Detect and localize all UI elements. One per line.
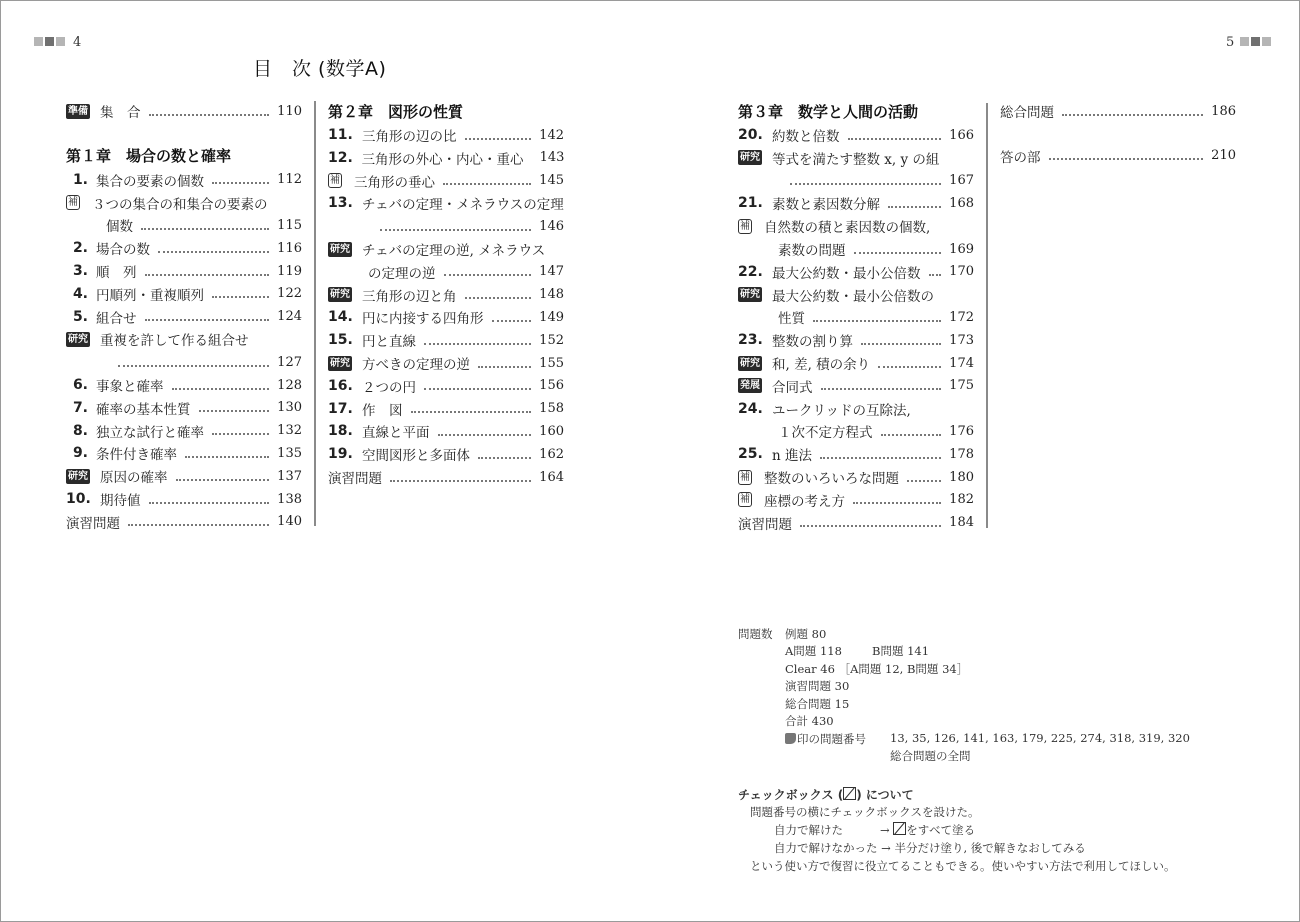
entry-label: 集 合 [100, 101, 141, 121]
entry-page: 135 [277, 446, 302, 461]
entry-label: 性質 [778, 307, 805, 327]
toc-entry[interactable]: 1.集合の要素の個数112 [66, 169, 302, 191]
dot-leader [185, 455, 269, 458]
toc-entry[interactable]: 個数115 [66, 214, 302, 236]
section-badge: 研究 [328, 242, 352, 257]
section-badge: 準備 [66, 104, 90, 119]
entry-page: 155 [539, 356, 564, 371]
entry-page: 146 [539, 219, 564, 234]
entry-label: 方べきの定理の逆 [362, 353, 470, 373]
section-badge: 研究 [738, 356, 762, 371]
entry-label: 順 列 [96, 261, 137, 281]
column-divider [314, 101, 316, 526]
dot-leader [1062, 113, 1203, 116]
toc-entry[interactable]: 研究重複を許して作る組合せ [66, 328, 302, 350]
dot-leader [465, 137, 532, 140]
page-number-left: 4 [34, 35, 81, 50]
entry-page: 168 [949, 196, 974, 211]
entry-page: 167 [949, 173, 974, 188]
entry-page: 138 [277, 492, 302, 507]
entry-label: 答の部 [1000, 146, 1041, 166]
entry-label: 三角形の辺の比 [362, 125, 457, 145]
section-badge: 研究 [328, 287, 352, 302]
toc-entry[interactable]: 素数の問題169 [738, 238, 974, 260]
entry-number: 3. [66, 263, 88, 279]
entry-label: 空間図形と多面体 [362, 444, 470, 464]
toc-entry[interactable]: 15.円と直線152 [328, 329, 564, 351]
entry-label: 最大公約数・最小公倍数の [772, 285, 934, 305]
toc-entry[interactable]: 総合問題186 [1000, 100, 1236, 122]
section-badge: 発展 [738, 378, 762, 393]
entry-number: 13. [328, 195, 356, 211]
entry-number: 23. [738, 332, 766, 348]
toc-entry[interactable]: １次不定方程式176 [738, 420, 974, 442]
dot-leader [141, 227, 269, 230]
page-title: 目 次 (数学A) [253, 54, 386, 81]
page-number-text: 4 [73, 35, 81, 50]
entry-label: 整数のいろいろな問題 [764, 467, 899, 487]
entry-page: 156 [539, 378, 564, 393]
dot-leader [212, 181, 269, 184]
entry-label: 素数と素因数分解 [772, 193, 880, 213]
section-badge: 研究 [66, 469, 90, 484]
entry-label: 場合の数 [96, 238, 150, 258]
entry-page: 115 [277, 218, 302, 233]
entry-page: 186 [1211, 104, 1236, 119]
entry-page: 122 [277, 286, 302, 301]
section-badge: 研究 [738, 287, 762, 302]
toc-entry[interactable]: 25.n 進法178 [738, 443, 974, 465]
entry-page: 210 [1211, 148, 1236, 163]
dot-leader [813, 319, 941, 322]
toc-entry[interactable]: 7.確率の基本性質130 [66, 397, 302, 419]
toc-entry[interactable]: 補三角形の垂心145 [328, 170, 564, 192]
dot-leader [128, 523, 269, 526]
toc-entry[interactable]: 補３つの集合の和集合の要素の [66, 192, 302, 214]
toc-entry[interactable]: 研究最大公約数・最小公倍数の [738, 284, 974, 306]
entry-label: 等式を満たす整数 x, y の組 [772, 148, 939, 168]
entry-page: 176 [949, 424, 974, 439]
entry-number: 2. [66, 240, 88, 256]
entry-page: 127 [277, 355, 302, 370]
pencil-mark-icon [785, 733, 796, 744]
checkbox-note-heading: チェックボックス () について [738, 786, 914, 803]
entry-page: 130 [277, 400, 302, 415]
entry-page: 119 [277, 264, 302, 279]
dot-leader [492, 319, 532, 322]
toc-entry[interactable]: 2.場合の数116 [66, 237, 302, 259]
dot-leader [424, 342, 531, 345]
entry-label: チェバの定理の逆, メネラウス [362, 239, 545, 259]
supplement-badge: 補 [738, 219, 752, 234]
dot-leader [878, 365, 941, 368]
dot-leader [118, 364, 269, 367]
marked-problem-numbers: 13, 35, 126, 141, 163, 179, 225, 274, 31… [890, 731, 1190, 745]
dot-leader [199, 409, 270, 412]
entry-label: 円と直線 [362, 330, 416, 350]
entry-page: 170 [949, 264, 974, 279]
entry-label: 集合の要素の個数 [96, 170, 204, 190]
entry-label: 作 図 [362, 399, 403, 419]
entry-page: 178 [949, 447, 974, 462]
dot-leader [145, 273, 270, 276]
toc-entry[interactable]: 研究方べきの定理の逆155 [328, 352, 564, 374]
toc-entry[interactable]: 11.三角形の辺の比142 [328, 124, 564, 146]
entry-page: 160 [539, 424, 564, 439]
dot-leader [390, 479, 531, 482]
clear-count: Clear 46 ［A問題 12, B問題 34］ [785, 661, 968, 677]
dot-leader [176, 478, 270, 481]
toc-entry[interactable]: 6.事象と確率128 [66, 374, 302, 396]
b-problems-count: B問題 141 [872, 643, 929, 659]
supplement-badge: 補 [738, 492, 752, 507]
entry-label: 最大公約数・最小公倍数 [772, 262, 921, 282]
entry-number: 22. [738, 264, 766, 280]
chapter-title: 第２章 図形の性質 [328, 101, 463, 122]
entry-label: 三角形の辺と角 [362, 285, 457, 305]
entry-number: 8. [66, 423, 88, 439]
entry-page: 110 [277, 104, 302, 119]
chapter-heading: 第２章 図形の性質 [328, 100, 564, 122]
toc-entry[interactable]: 研究三角形の辺と角148 [328, 284, 564, 306]
toc-entry[interactable]: 補自然数の積と素因数の個数, [738, 215, 974, 237]
entry-label: 確率の基本性質 [96, 398, 191, 418]
dot-leader [465, 296, 532, 299]
entry-number: 10. [66, 491, 94, 507]
toc-entry[interactable]: 研究和, 差, 積の余り174 [738, 352, 974, 374]
entry-label: 三角形の垂心 [354, 171, 435, 191]
toc-entry[interactable]: 14.円に内接する四角形149 [328, 306, 564, 328]
entry-page: 147 [539, 264, 564, 279]
entry-number: 21. [738, 195, 766, 211]
problem-counts-heading: 問題数 [738, 626, 773, 642]
entry-number: 4. [66, 286, 88, 302]
marked-problem-extra: 総合問題の全問 [890, 748, 971, 764]
dot-leader [212, 432, 269, 435]
page-marker-icon [1240, 35, 1273, 50]
toc-entry[interactable]: 演習問題140 [66, 511, 302, 533]
supplement-badge: 補 [66, 195, 80, 210]
dot-leader [478, 365, 531, 368]
entry-number: 15. [328, 332, 356, 348]
entry-number: 12. [328, 150, 356, 166]
entry-page: 182 [949, 492, 974, 507]
checkbox-note-line4: という使い方で復習に役立てることもできる。使いやすい方法で利用してほしい。 [750, 858, 1176, 874]
supplement-badge: 補 [328, 173, 342, 188]
entry-label: 約数と倍数 [772, 125, 840, 145]
toc-entry[interactable]: 答の部210 [1000, 145, 1236, 167]
toc-entry[interactable]: 研究原因の確率137 [66, 465, 302, 487]
toc-entry[interactable]: 167 [738, 170, 974, 192]
dot-leader [380, 228, 531, 231]
entry-number: 5. [66, 309, 88, 325]
checkbox-note-line2: 自力で解けた → をすべて塗る [774, 822, 843, 838]
dot-leader [212, 295, 269, 298]
toc-entry[interactable]: 21.素数と素因数分解168 [738, 192, 974, 214]
dot-leader [821, 387, 942, 390]
dot-leader [158, 250, 269, 253]
chapter-heading: 第１章 場合の数と確率 [66, 145, 302, 167]
exercises-count: 演習問題 30 [785, 678, 849, 694]
toc-entry[interactable]: 研究チェバの定理の逆, メネラウス [328, 238, 564, 260]
toc-entry[interactable]: 5.組合せ124 [66, 306, 302, 328]
entry-label: n 進法 [772, 444, 812, 464]
a-problems-count: A問題 118 [785, 643, 842, 659]
dot-leader [929, 273, 942, 276]
entry-label: 素数の問題 [778, 239, 846, 259]
chapter-title: 第１章 場合の数と確率 [66, 145, 231, 166]
entry-page: 132 [277, 423, 302, 438]
entry-label: 原因の確率 [100, 466, 168, 486]
entry-label: １次不定方程式 [778, 421, 873, 441]
entry-label: 組合せ [96, 307, 137, 327]
entry-number: 7. [66, 400, 88, 416]
toc-entry[interactable]: 22.最大公約数・最小公倍数170 [738, 261, 974, 283]
toc-entry[interactable]: 127 [66, 351, 302, 373]
dot-leader [1049, 157, 1204, 160]
dot-leader [800, 524, 941, 527]
toc-entry[interactable]: 20.約数と倍数166 [738, 124, 974, 146]
page-number-text: 5 [1226, 35, 1234, 50]
toc-entry[interactable]: の定理の逆147 [328, 261, 564, 283]
toc-entry[interactable]: 3.順 列119 [66, 260, 302, 282]
entry-label: ２つの円 [362, 376, 416, 396]
entry-number: 6. [66, 377, 88, 393]
entry-page: 152 [539, 333, 564, 348]
entry-page: 142 [539, 128, 564, 143]
entry-number: 18. [328, 423, 356, 439]
entry-label: 自然数の積と素因数の個数, [764, 216, 930, 236]
entry-label: 事象と確率 [96, 375, 164, 395]
entry-page: 149 [539, 310, 564, 325]
column-divider [986, 103, 988, 528]
entry-label: 独立な試行と確率 [96, 421, 204, 441]
toc-entry[interactable]: 19.空間図形と多面体162 [328, 443, 564, 465]
entry-page: 174 [949, 356, 974, 371]
entry-label: 座標の考え方 [764, 490, 845, 510]
toc-entry[interactable]: 8.独立な試行と確率132 [66, 420, 302, 442]
entry-page: 173 [949, 333, 974, 348]
entry-label: 合同式 [772, 376, 813, 396]
entry-page: 112 [277, 172, 302, 187]
entry-page: 148 [539, 287, 564, 302]
total-count: 合計 430 [785, 713, 834, 729]
entry-label: 円に内接する四角形 [362, 307, 484, 327]
toc-entry[interactable]: 準備集 合110 [66, 100, 302, 122]
marked-problems-label: 印の問題番号 [785, 731, 866, 747]
entry-page: 164 [539, 470, 564, 485]
dot-leader [853, 501, 941, 504]
dot-leader [861, 342, 941, 345]
toc-entry[interactable]: 9.条件付き確率135 [66, 442, 302, 464]
toc-entry[interactable]: 24.ユークリッドの互除法, [738, 398, 974, 420]
entry-page: 145 [539, 173, 564, 188]
section-badge: 研究 [738, 150, 762, 165]
toc-entry[interactable]: 17.作 図158 [328, 398, 564, 420]
toc-entry[interactable]: 補整数のいろいろな問題180 [738, 466, 974, 488]
entry-label: ユークリッドの互除法, [772, 399, 911, 419]
dot-leader [848, 137, 942, 140]
entry-label: 和, 差, 積の余り [772, 353, 870, 373]
entry-number: 11. [328, 127, 356, 143]
entry-label: 演習問題 [328, 467, 382, 487]
examples-count: 例題 80 [785, 626, 826, 642]
entry-page: 124 [277, 309, 302, 324]
entry-label: チェバの定理・メネラウスの定理 [362, 193, 564, 213]
dot-leader [149, 501, 270, 504]
toc-entry[interactable]: 研究等式を満たす整数 x, y の組 [738, 147, 974, 169]
entry-label: 個数 [106, 215, 133, 235]
entry-label: 整数の割り算 [772, 330, 853, 350]
entry-page: 169 [949, 242, 974, 257]
entry-label: 条件付き確率 [96, 443, 177, 463]
chapter-heading: 第３章 数学と人間の活動 [738, 100, 974, 122]
toc-entry[interactable]: 10.期待値138 [66, 488, 302, 510]
entry-number: 9. [66, 445, 88, 461]
entry-label: 円順列・重複順列 [96, 284, 204, 304]
entry-page: 128 [277, 378, 302, 393]
entry-number: 14. [328, 309, 356, 325]
entry-number: 19. [328, 446, 356, 462]
entry-number: 20. [738, 127, 766, 143]
entry-number: 1. [66, 172, 88, 188]
entry-label: 期待値 [100, 489, 141, 509]
dot-leader [907, 479, 941, 482]
chapter-title: 第３章 数学と人間の活動 [738, 101, 918, 122]
dot-leader [854, 251, 942, 254]
entry-page: 162 [539, 447, 564, 462]
toc-entry[interactable]: 23.整数の割り算173 [738, 329, 974, 351]
entry-label: 三角形の外心・内心・重心 [362, 148, 524, 168]
dot-leader [881, 433, 942, 436]
dot-leader [888, 205, 941, 208]
dot-leader [145, 318, 270, 321]
entry-number: 24. [738, 401, 766, 417]
entry-page: 143 [540, 150, 564, 165]
checkbox-note-line1: 問題番号の横にチェックボックスを設けた。 [750, 804, 980, 820]
entry-page: 140 [277, 514, 302, 529]
entry-label: ３つの集合の和集合の要素の [92, 193, 268, 213]
dot-leader [790, 182, 941, 185]
supplement-badge: 補 [738, 470, 752, 485]
toc-entry[interactable]: 発展合同式175 [738, 375, 974, 397]
entry-number: 17. [328, 401, 356, 417]
toc-entry[interactable]: 演習問題184 [738, 512, 974, 534]
toc-entry[interactable]: 補座標の考え方182 [738, 489, 974, 511]
dot-leader [443, 182, 531, 185]
dot-leader [820, 456, 941, 459]
entry-page: 175 [949, 378, 974, 393]
toc-entry[interactable]: 16.２つの円156 [328, 375, 564, 397]
entry-number: 25. [738, 446, 766, 462]
entry-page: 158 [539, 401, 564, 416]
entry-label: 演習問題 [66, 512, 120, 532]
dot-leader [424, 387, 531, 390]
entry-label: 総合問題 [1000, 101, 1054, 121]
dot-leader [438, 433, 532, 436]
comprehensive-count: 総合問題 15 [785, 696, 849, 712]
entry-page: 137 [277, 469, 302, 484]
entry-page: 184 [949, 515, 974, 530]
toc-entry[interactable]: 性質172 [738, 306, 974, 328]
toc-entry[interactable]: 18.直線と平面160 [328, 420, 564, 442]
section-badge: 研究 [328, 356, 352, 371]
entry-page: 166 [949, 128, 974, 143]
entry-page: 172 [949, 310, 974, 325]
entry-label: 重複を許して作る組合せ [100, 329, 249, 349]
entry-label: 演習問題 [738, 513, 792, 533]
dot-leader [444, 273, 532, 276]
section-badge: 研究 [66, 332, 90, 347]
page-number-right: 5 [1226, 35, 1273, 50]
dot-leader [411, 410, 532, 413]
toc-entry[interactable]: 13.チェバの定理・メネラウスの定理 [328, 192, 564, 214]
checkbox-note-line3: 自力で解けなかった → 半分だけ塗り, 後で解きなおしてみる [774, 840, 1086, 856]
toc-entry[interactable]: 12.三角形の外心・内心・重心143 [328, 147, 564, 169]
entry-number: 16. [328, 378, 356, 394]
toc-entry[interactable]: 演習問題164 [328, 466, 564, 488]
checkbox-icon [893, 822, 906, 835]
entry-page: 116 [277, 241, 302, 256]
entry-label: 直線と平面 [362, 421, 430, 441]
dot-leader [478, 456, 531, 459]
dot-leader [172, 387, 270, 390]
entry-page: 180 [949, 470, 974, 485]
toc-entry[interactable]: 4.円順列・重複順列122 [66, 283, 302, 305]
toc-entry[interactable]: 146 [328, 215, 564, 237]
dot-leader [149, 113, 270, 116]
entry-label: の定理の逆 [368, 262, 436, 282]
checkbox-icon [843, 787, 856, 800]
page-marker-icon [34, 35, 67, 50]
